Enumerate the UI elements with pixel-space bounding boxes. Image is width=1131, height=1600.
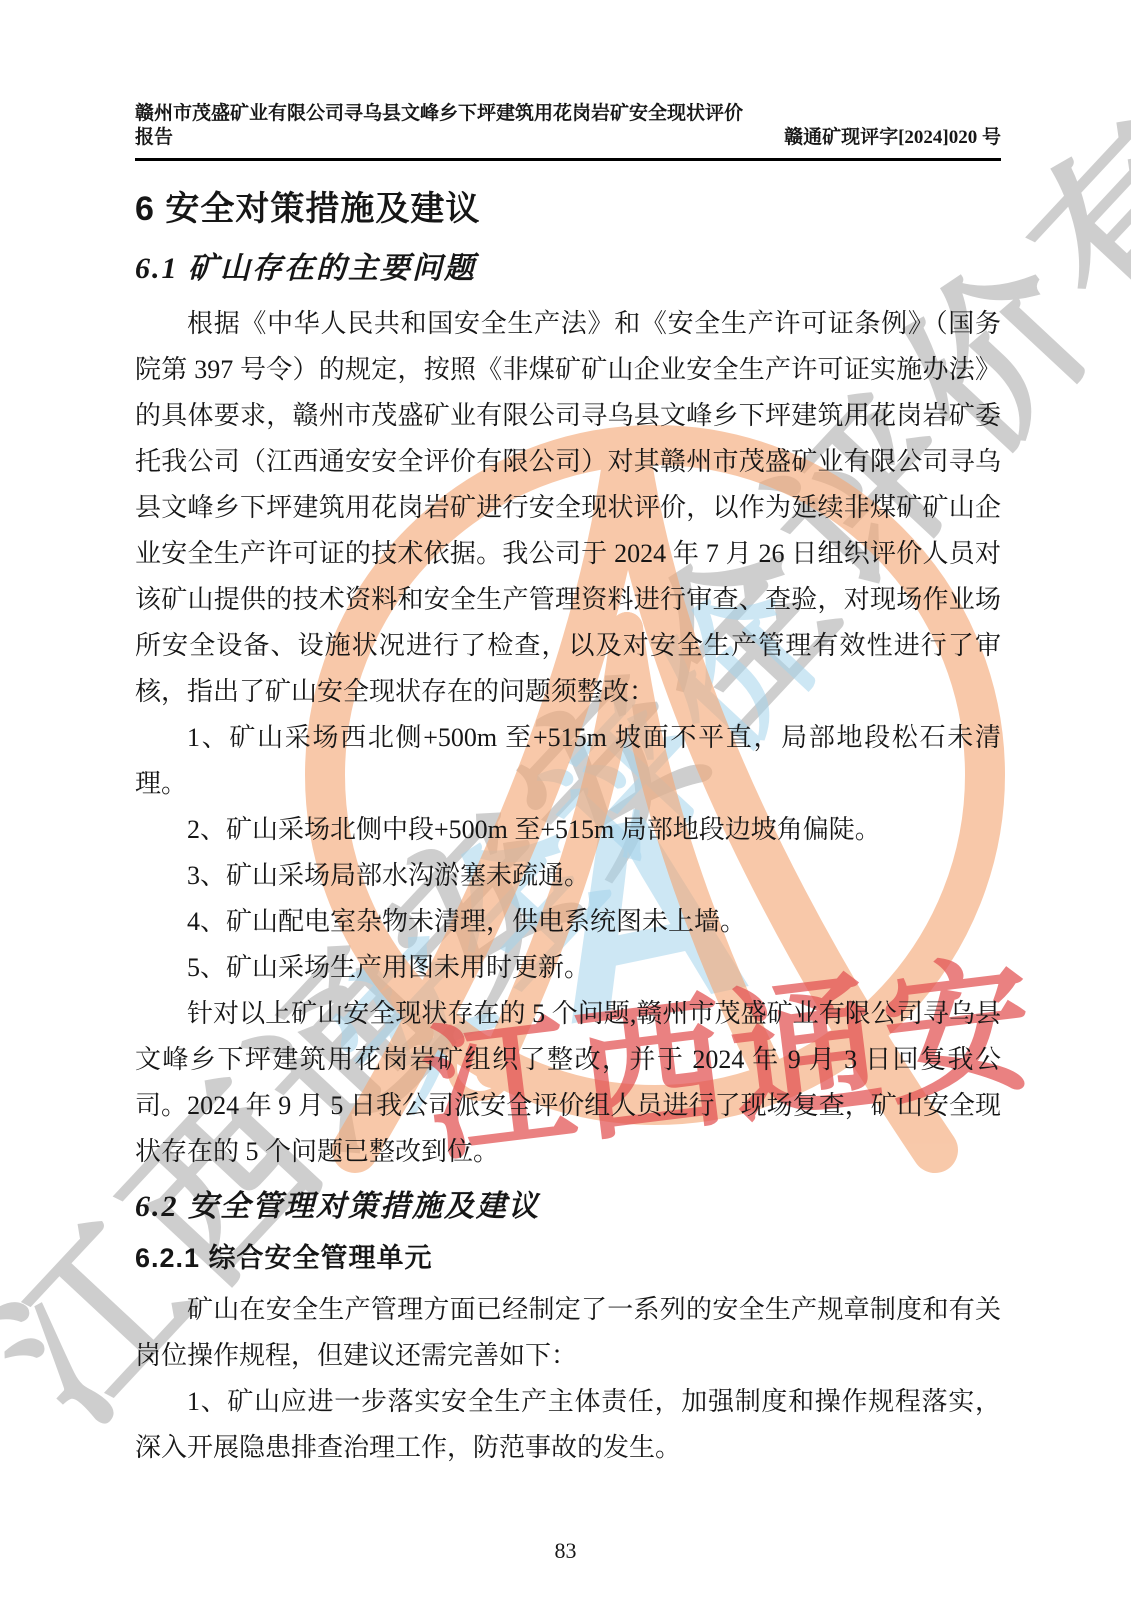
issue-item-3: 3、矿山采场局部水沟淤塞未疏通。	[135, 853, 1001, 899]
section-6-2-heading: 6.2 安全管理对策措施及建议	[135, 1187, 1001, 1227]
report-page: 江西通安安全评价有限公司 安全评价 A 江西通安 赣州市茂盛矿业有限公司寻乌县文…	[0, 0, 1131, 1600]
header-doc-number: 赣通矿现评字[2024]020 号	[784, 126, 1001, 150]
paragraph-suggestion-1: 1、矿山应进一步落实安全生产主体责任，加强制度和操作规程落实，深入开展隐患排查治…	[135, 1379, 1001, 1471]
issue-item-4: 4、矿山配电室杂物未清理，供电系统图未上墙。	[135, 899, 1001, 945]
section-6-2-1-heading: 6.2.1 综合安全管理单元	[135, 1241, 1001, 1275]
issue-item-5: 5、矿山采场生产用图未用时更新。	[135, 945, 1001, 991]
document-content: 赣州市茂盛矿业有限公司寻乌县文峰乡下坪建筑用花岗岩矿安全现状评价报告 赣通矿现评…	[135, 102, 1001, 1471]
header-report-title: 赣州市茂盛矿业有限公司寻乌县文峰乡下坪建筑用花岗岩矿安全现状评价报告	[135, 102, 760, 150]
section-6-1-heading: 6.1 矿山存在的主要问题	[135, 249, 1001, 289]
issue-item-1: 1、矿山采场西北侧+500m 至+515m 坡面不平直，局部地段松石未清理。	[135, 715, 1001, 807]
page-header: 赣州市茂盛矿业有限公司寻乌县文峰乡下坪建筑用花岗岩矿安全现状评价报告 赣通矿现评…	[135, 102, 1001, 161]
issue-item-2: 2、矿山采场北侧中段+500m 至+515m 局部地段边坡角偏陡。	[135, 807, 1001, 853]
paragraph-intro: 根据《中华人民共和国安全生产法》和《安全生产许可证条例》（国务院第 397 号令…	[135, 301, 1001, 715]
chapter-heading: 6 安全对策措施及建议	[135, 187, 1001, 231]
paragraph-rectification: 针对以上矿山安全现状存在的 5 个问题,赣州市茂盛矿业有限公司寻乌县文峰乡下坪建…	[135, 991, 1001, 1175]
page-number: 83	[0, 1538, 1131, 1564]
paragraph-management: 矿山在安全生产管理方面已经制定了一系列的安全生产规章制度和有关岗位操作规程，但建…	[135, 1287, 1001, 1379]
